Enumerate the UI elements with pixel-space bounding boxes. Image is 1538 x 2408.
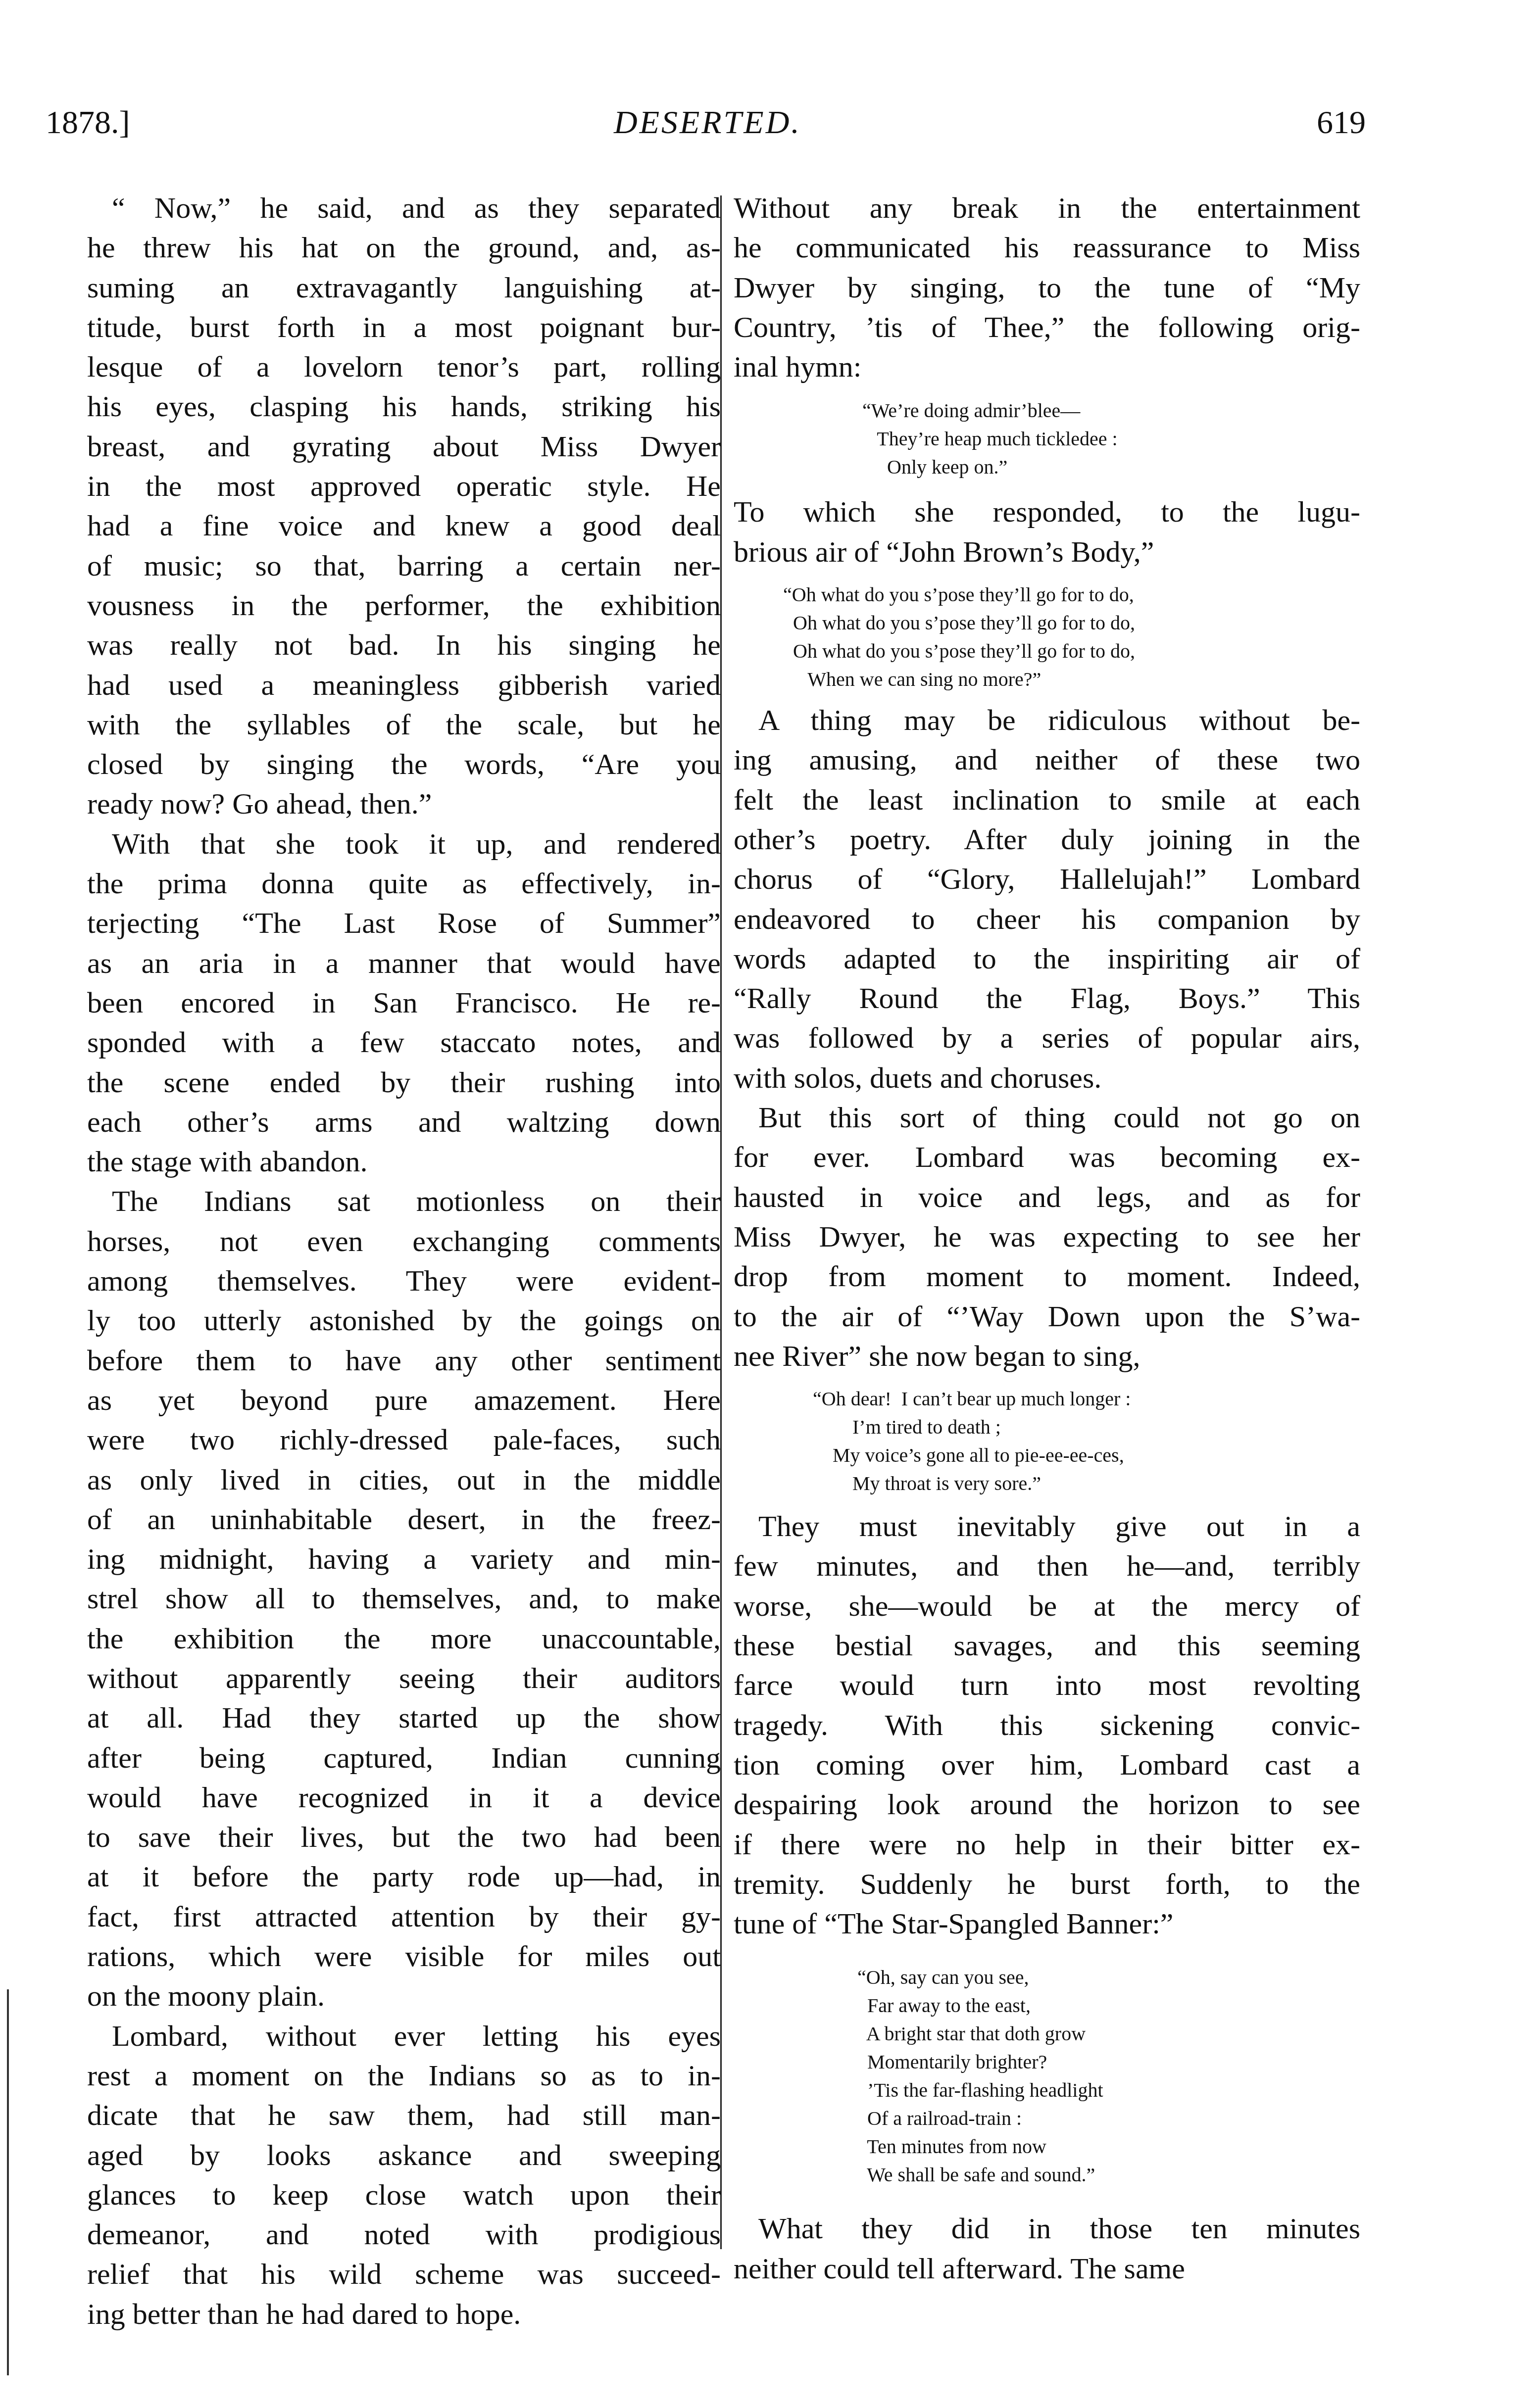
verse-block: “Oh what do you s’pose they’ll go for to… xyxy=(734,580,1360,693)
text-line: nee River” she now began to sing, xyxy=(734,1336,1360,1376)
text-line: inal hymn: xyxy=(734,347,1360,386)
verse-block: “Oh, say can you see, Far away to the ea… xyxy=(734,1963,1360,2189)
text-line: rest a moment on the Indians so as to in… xyxy=(87,2056,721,2095)
text-line: would have recognized in it a device xyxy=(87,1778,721,1817)
verse-line: When we can sing no more?” xyxy=(783,665,1360,693)
paragraph: The Indians sat motionless on theirhorse… xyxy=(87,1181,721,2016)
text-line: aged by looks askance and sweeping xyxy=(87,2135,721,2175)
paragraph: “ Now,” he said, and as they separatedhe… xyxy=(87,188,721,824)
text-line: without apparently seeing their auditors xyxy=(87,1658,721,1698)
text-line: before them to have any other sentiment xyxy=(87,1341,721,1380)
verse-line: “We’re doing admir’blee— xyxy=(862,396,1360,425)
text-line: hausted in voice and legs, and as for xyxy=(734,1177,1360,1217)
text-line: titude, burst forth in a most poignant b… xyxy=(87,307,721,347)
header-title: DESERTED. xyxy=(614,104,801,142)
text-line: as yet beyond pure amazement. Here xyxy=(87,1380,721,1420)
text-line: was really not bad. In his singing he xyxy=(87,625,721,665)
text-line: “ Now,” he said, and as they separated xyxy=(87,188,721,228)
paragraph: They must inevitably give out in afew mi… xyxy=(734,1506,1360,1943)
left-column: “ Now,” he said, and as they separatedhe… xyxy=(87,188,721,2334)
verse-line: We shall be safe and sound.” xyxy=(857,2161,1360,2189)
paragraph: To which she responded, to the lugu-brio… xyxy=(734,492,1360,572)
right-column: Without any break in the entertainmenthe… xyxy=(734,188,1360,2288)
text-line: as only lived in cities, out in the midd… xyxy=(87,1460,721,1499)
text-line: the prima donna quite as effectively, in… xyxy=(87,864,721,903)
text-line: the exhibition the more unaccountable, xyxy=(87,1619,721,1658)
verse-line: They’re heap much tickledee : xyxy=(862,425,1360,453)
text-line: strel show all to themselves, and, to ma… xyxy=(87,1579,721,1618)
text-line: tune of “The Star-Spangled Banner:” xyxy=(734,1904,1360,1943)
text-line: was followed by a series of popular airs… xyxy=(734,1018,1360,1058)
running-header: 1878.] DESERTED. 619 xyxy=(0,104,1538,158)
verse-line: Momentarily brighter? xyxy=(857,2048,1360,2076)
text-line: neither could tell afterward. The same xyxy=(734,2249,1360,2288)
verse-line: I’m tired to death ; xyxy=(813,1413,1360,1441)
text-line: lesque of a lovelorn tenor’s part, rolli… xyxy=(87,347,721,386)
text-line: ready now? Go ahead, then.” xyxy=(87,784,721,823)
text-line: tion coming over him, Lombard cast a xyxy=(734,1745,1360,1784)
text-line: to the air of “’Way Down upon the S’wa- xyxy=(734,1297,1360,1336)
text-line: few minutes, and then he—and, terribly xyxy=(734,1546,1360,1586)
text-line: of music; so that, barring a certain ner… xyxy=(87,546,721,585)
text-line: breast, and gyrating about Miss Dwyer xyxy=(87,427,721,466)
text-line: Lombard, without ever letting his eyes xyxy=(87,2016,721,2056)
text-line: he communicated his reassurance to Miss xyxy=(734,228,1360,267)
text-line: on the moony plain. xyxy=(87,1976,721,2016)
text-line: ing amusing, and neither of these two xyxy=(734,740,1360,779)
verse-line: Ten minutes from now xyxy=(857,2132,1360,2161)
paragraph: Lombard, without ever letting his eyesre… xyxy=(87,2016,721,2334)
paragraph: With that she took it up, and renderedth… xyxy=(87,824,721,1182)
text-line: chorus of “Glory, Hallelujah!” Lombard xyxy=(734,859,1360,899)
text-line: closed by singing the words, “Are you xyxy=(87,744,721,784)
verse-line: Of a railroad-train : xyxy=(857,2104,1360,2132)
text-line: in the most approved operatic style. He xyxy=(87,466,721,506)
page-number: 619 xyxy=(1317,104,1366,142)
text-line: for ever. Lombard was becoming ex- xyxy=(734,1137,1360,1177)
text-line: each other’s arms and waltzing down xyxy=(87,1102,721,1142)
text-line: ing better than he had dared to hope. xyxy=(87,2294,721,2334)
text-line: had a fine voice and knew a good deal xyxy=(87,506,721,545)
text-line: to save their lives, but the two had bee… xyxy=(87,1817,721,1857)
header-year: 1878.] xyxy=(46,104,130,142)
text-line: among themselves. They were evident- xyxy=(87,1261,721,1300)
text-line: rations, which were visible for miles ou… xyxy=(87,1936,721,1976)
text-line: other’s poetry. After duly joining in th… xyxy=(734,819,1360,859)
text-line: fact, first attracted attention by their… xyxy=(87,1897,721,1936)
text-line: as an aria in a manner that would have xyxy=(87,943,721,983)
text-line: brious air of “John Brown’s Body,” xyxy=(734,532,1360,572)
text-line: drop from moment to moment. Indeed, xyxy=(734,1256,1360,1296)
text-line: endeavored to cheer his companion by xyxy=(734,899,1360,939)
text-line: had used a meaningless gibberish varied xyxy=(87,665,721,705)
text-line: words adapted to the inspiriting air of xyxy=(734,939,1360,978)
text-line: been encored in San Francisco. He re- xyxy=(87,983,721,1022)
verse-line: Oh what do you s’pose they’ll go for to … xyxy=(783,637,1360,665)
text-line: Without any break in the entertainment xyxy=(734,188,1360,228)
paragraph: Without any break in the entertainmenthe… xyxy=(734,188,1360,386)
verse-block: “We’re doing admir’blee— They’re heap mu… xyxy=(734,396,1360,481)
text-line: Country, ’tis of Thee,” the following or… xyxy=(734,307,1360,347)
text-line: of an uninhabitable desert, in the freez… xyxy=(87,1499,721,1539)
text-line: at it before the party rode up—had, in xyxy=(87,1857,721,1896)
text-line: demeanor, and noted with prodigious xyxy=(87,2215,721,2254)
text-line: ing midnight, having a variety and min- xyxy=(87,1539,721,1579)
text-line: vousness in the performer, the exhibitio… xyxy=(87,585,721,625)
text-line: felt the least inclination to smile at e… xyxy=(734,780,1360,819)
text-line: these bestial savages, and this seeming xyxy=(734,1626,1360,1665)
verse-line: My voice’s gone all to pie-ee-ee-ces, xyxy=(813,1441,1360,1469)
verse-block: “Oh dear! I can’t bear up much longer : … xyxy=(734,1385,1360,1497)
verse-line: ’Tis the far-flashing headlight xyxy=(857,2076,1360,2104)
verse-line: “Oh dear! I can’t bear up much longer : xyxy=(813,1385,1360,1413)
paragraph: What they did in those ten minutesneithe… xyxy=(734,2209,1360,2288)
text-line: A thing may be ridiculous without be- xyxy=(734,700,1360,740)
text-line: worse, she—would be at the mercy of xyxy=(734,1586,1360,1626)
text-line: with solos, duets and choruses. xyxy=(734,1058,1360,1098)
text-line: What they did in those ten minutes xyxy=(734,2209,1360,2248)
verse-line: Oh what do you s’pose they’ll go for to … xyxy=(783,609,1360,637)
text-line: at all. Had they started up the show xyxy=(87,1698,721,1737)
verse-line: A bright star that doth grow xyxy=(857,2020,1360,2048)
text-line: tragedy. With this sickening convic- xyxy=(734,1705,1360,1745)
text-line: were two richly-dressed pale-faces, such xyxy=(87,1420,721,1459)
text-line: after being captured, Indian cunning xyxy=(87,1738,721,1778)
text-line: dicate that he saw them, had still man- xyxy=(87,2095,721,2135)
text-line: suming an extravagantly languishing at- xyxy=(87,268,721,307)
text-line: his eyes, clasping his hands, striking h… xyxy=(87,386,721,426)
verse-line: Far away to the east, xyxy=(857,1991,1360,2020)
text-line: farce would turn into most revolting xyxy=(734,1665,1360,1705)
page-edge-line xyxy=(7,1989,9,2375)
text-line: horses, not even exchanging comments xyxy=(87,1221,721,1261)
text-line: tremity. Suddenly he burst forth, to the xyxy=(734,1864,1360,1904)
text-line: with the syllables of the scale, but he xyxy=(87,705,721,744)
text-line: relief that his wild scheme was succeed- xyxy=(87,2254,721,2294)
text-line: Miss Dwyer, he was expecting to see her xyxy=(734,1217,1360,1256)
text-line: But this sort of thing could not go on xyxy=(734,1098,1360,1137)
paragraph: A thing may be ridiculous without be-ing… xyxy=(734,700,1360,1098)
text-line: sponded with a few staccato notes, and xyxy=(87,1022,721,1062)
verse-line: Only keep on.” xyxy=(862,453,1360,481)
paragraph: But this sort of thing could not go onfo… xyxy=(734,1098,1360,1376)
text-line: To which she responded, to the lugu- xyxy=(734,492,1360,531)
verse-line: My throat is very sore.” xyxy=(813,1469,1360,1497)
text-line: They must inevitably give out in a xyxy=(734,1506,1360,1546)
text-line: ly too utterly astonished by the goings … xyxy=(87,1300,721,1340)
text-line: glances to keep close watch upon their xyxy=(87,2175,721,2215)
text-line: “Rally Round the Flag, Boys.” This xyxy=(734,978,1360,1018)
text-line: the stage with abandon. xyxy=(87,1142,721,1181)
verse-line: “Oh what do you s’pose they’ll go for to… xyxy=(783,580,1360,609)
text-line: despairing look around the horizon to se… xyxy=(734,1784,1360,1824)
text-line: Dwyer by singing, to the tune of “My xyxy=(734,268,1360,307)
text-line: if there were no help in their bitter ex… xyxy=(734,1825,1360,1864)
text-line: The Indians sat motionless on their xyxy=(87,1181,721,1221)
text-line: the scene ended by their rushing into xyxy=(87,1062,721,1102)
verse-line: “Oh, say can you see, xyxy=(857,1963,1360,1991)
text-line: terjecting “The Last Rose of Summer” xyxy=(87,903,721,943)
text-line: With that she took it up, and rendered xyxy=(87,824,721,864)
text-line: he threw his hat on the ground, and, as- xyxy=(87,228,721,267)
